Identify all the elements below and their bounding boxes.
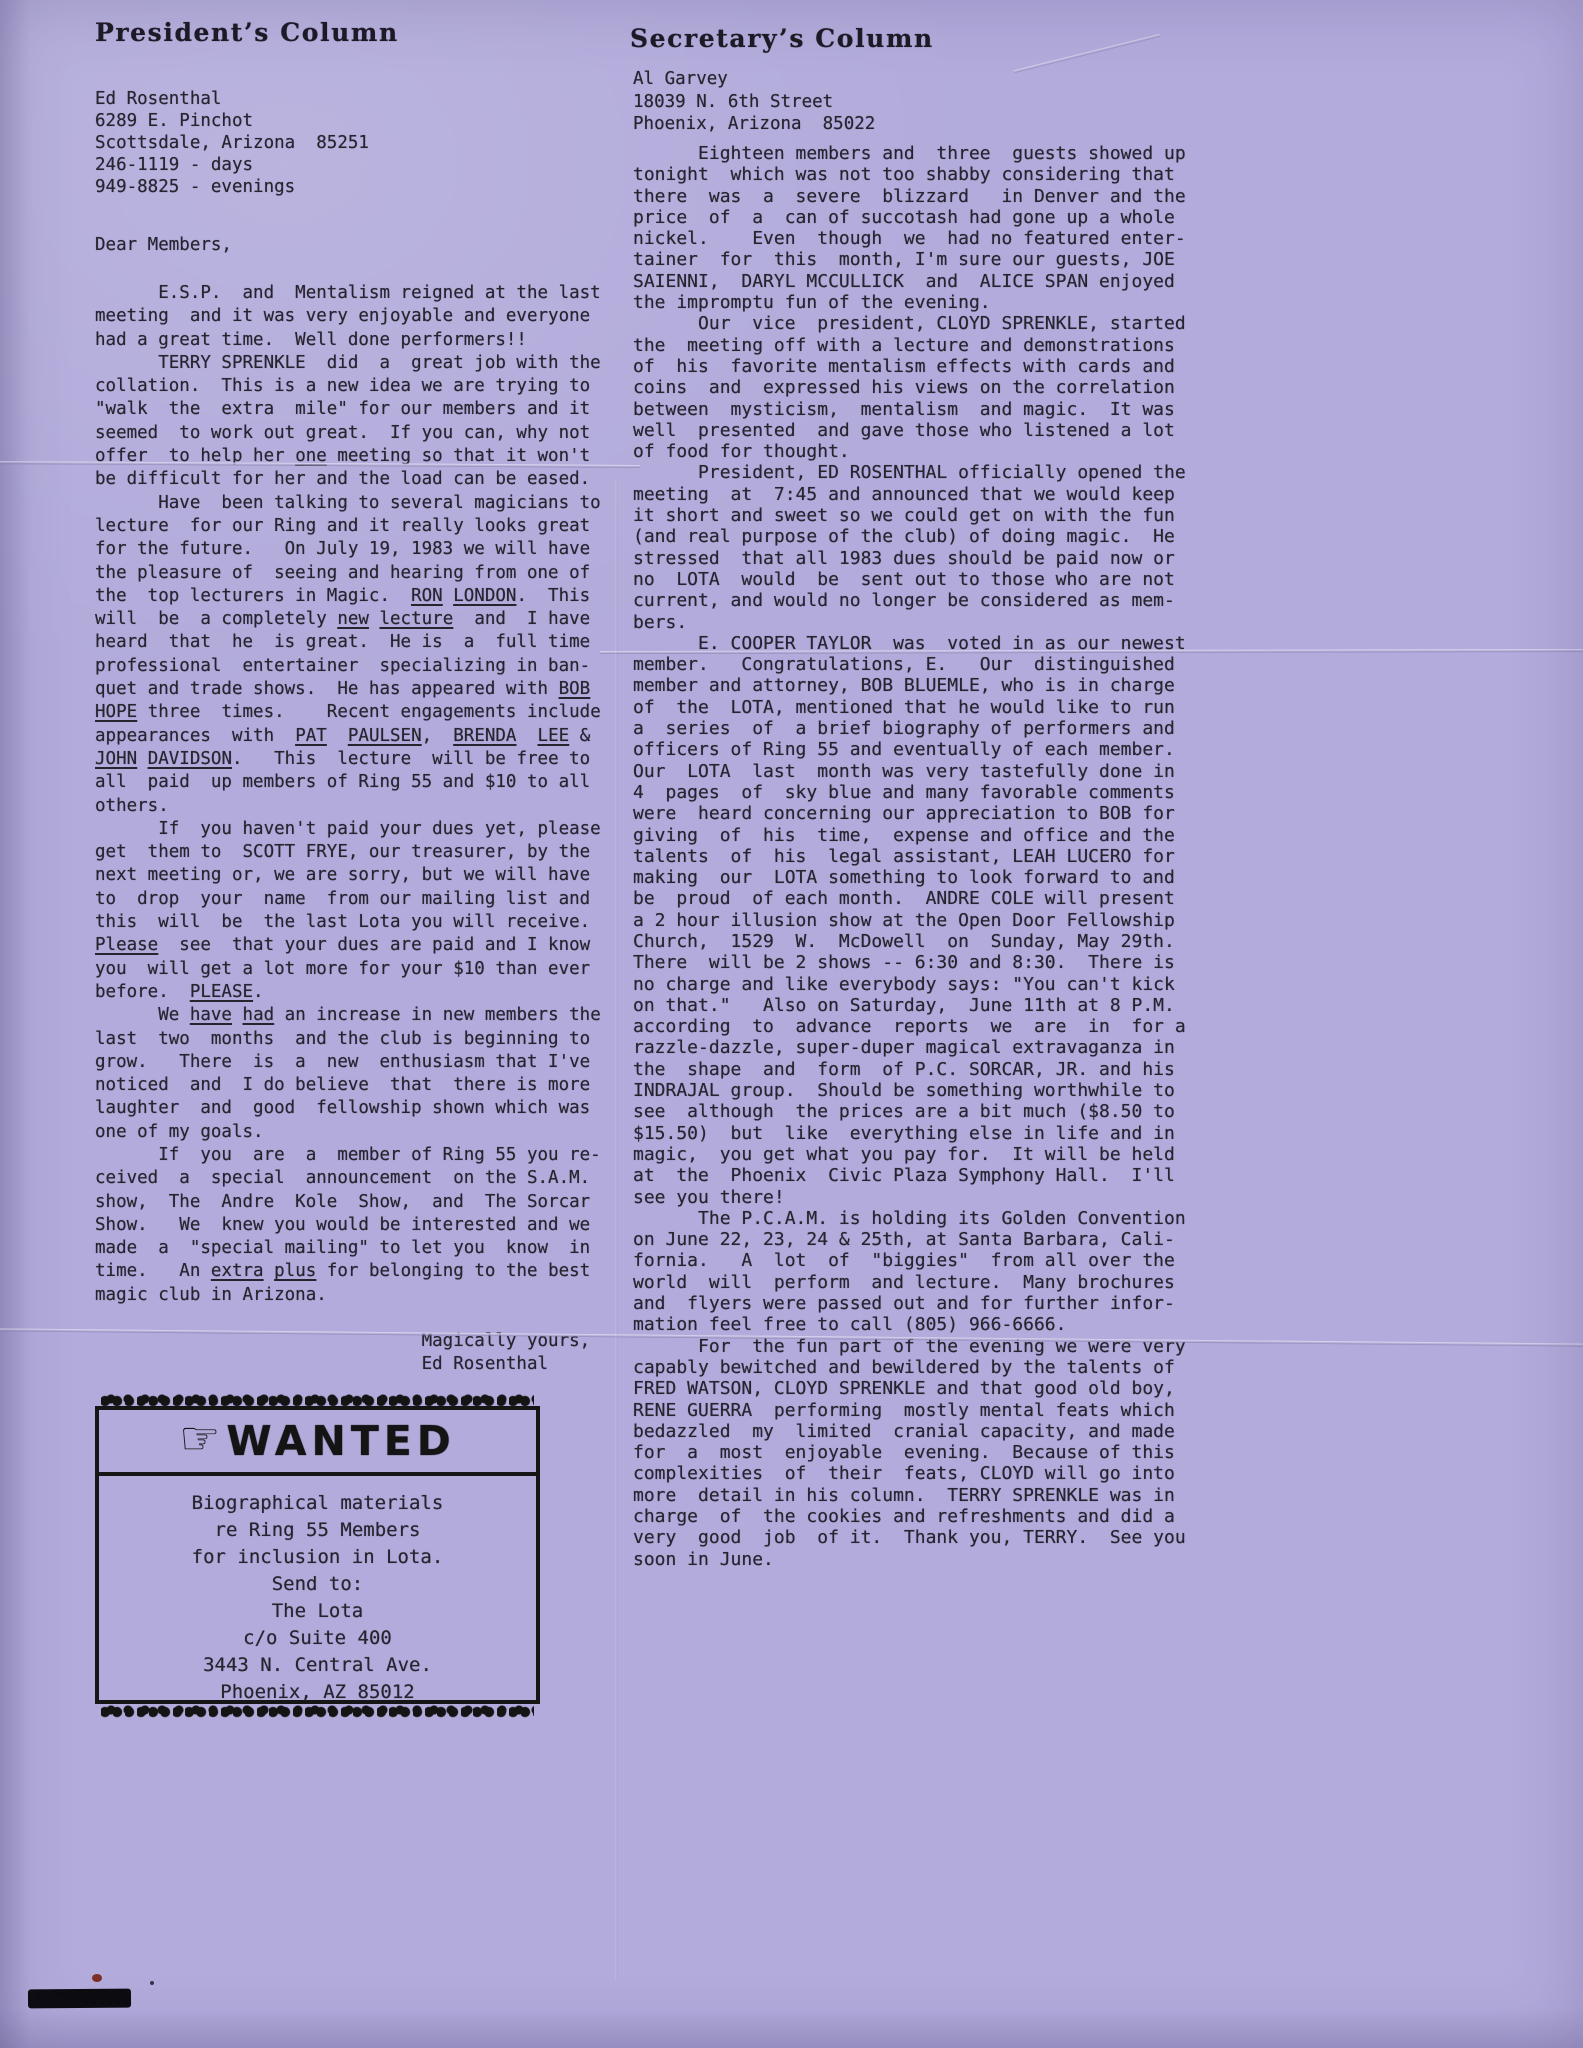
- president-body: E.S.P. and Mentalism reigned at the last…: [95, 282, 620, 1377]
- paragraph: If you are a member of Ring 55 you re- c…: [95, 1144, 620, 1307]
- paragraph: Our vice president, CLOYD SPRENKLE, star…: [633, 313, 1193, 462]
- wanted-ad-text: Biographical materials re Ring 55 Member…: [99, 1490, 536, 1706]
- paragraph: Have been talking to several magicians t…: [95, 492, 620, 818]
- decorative-scallop-border-top: [101, 1393, 534, 1407]
- wanted-ad-box: ☞ WANTED Biographical materials re Ring …: [95, 1406, 540, 1704]
- president-column-title: President’s Column: [95, 18, 399, 47]
- paragraph: Eighteen members and three guests showed…: [633, 143, 1193, 313]
- paragraph: For the fun part of the evening we were …: [633, 1336, 1193, 1570]
- red-speck-mark: [92, 1974, 102, 1982]
- paragraph: E. COOPER TAYLOR was voted in as our new…: [633, 633, 1193, 1208]
- pointing-hand-icon: ☞: [179, 1415, 220, 1461]
- signoff: Magically yours, Ed Rosenthal: [95, 1330, 620, 1377]
- small-dot-mark: [150, 1981, 154, 1985]
- newsletter-page: President’s Column Ed Rosenthal 6289 E. …: [0, 0, 1583, 2048]
- paragraph: TERRY SPRENKLE did a great job with the …: [95, 352, 620, 492]
- president-address-block: Ed Rosenthal 6289 E. Pinchot Scottsdale,…: [95, 88, 369, 198]
- paragraph: E.S.P. and Mentalism reigned at the last…: [95, 282, 620, 352]
- secretary-address-block: Al Garvey 18039 N. 6th Street Phoenix, A…: [633, 68, 875, 136]
- scan-edge-ink-mark: [28, 1989, 131, 2009]
- paragraph: If you haven't paid your dues yet, pleas…: [95, 818, 620, 1004]
- wanted-title: WANTED: [226, 1417, 455, 1465]
- decorative-scallop-border-bottom: [101, 1704, 534, 1718]
- paragraph: We have had an increase in new members t…: [95, 1004, 620, 1144]
- paragraph: President, ED ROSENTHAL officially opene…: [633, 462, 1193, 632]
- salutation: Dear Members,: [95, 235, 232, 255]
- secretary-column-title: Secretary’s Column: [630, 24, 934, 53]
- paragraph: The P.C.A.M. is holding its Golden Conve…: [633, 1208, 1193, 1336]
- wanted-title-row: ☞ WANTED: [99, 1410, 536, 1476]
- corner-fold-crease: [1014, 34, 1160, 73]
- secretary-body: Eighteen members and three guests showed…: [633, 143, 1193, 1570]
